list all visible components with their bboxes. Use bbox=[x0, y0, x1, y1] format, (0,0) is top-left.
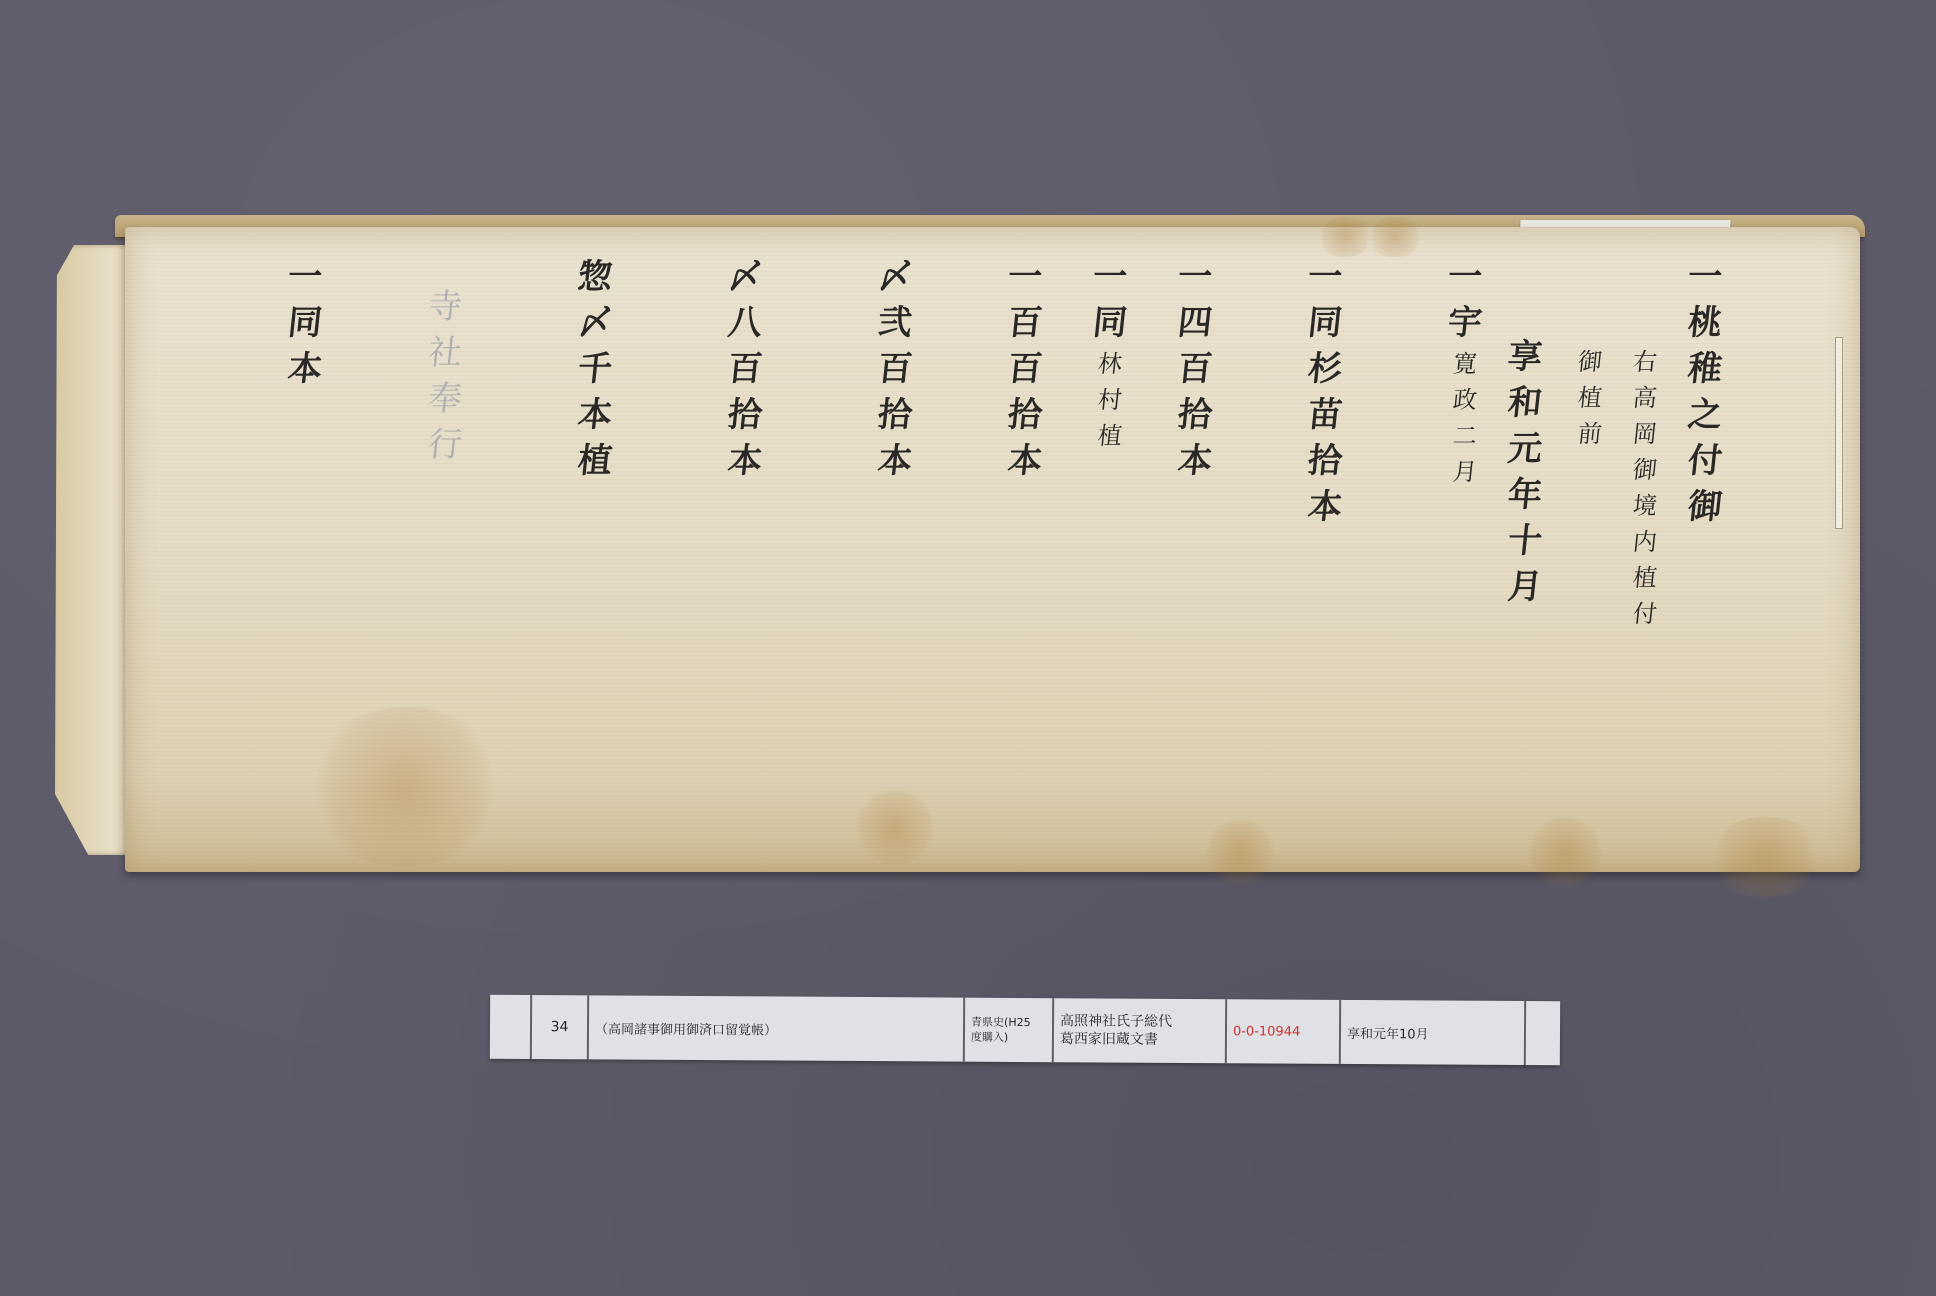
ink-glyph: 桃 bbox=[1686, 303, 1724, 343]
label-blank-cell bbox=[1526, 1001, 1560, 1065]
ink-glyph: 右 bbox=[1631, 347, 1658, 377]
handwriting-column: 一 同 本 bbox=[285, 257, 325, 389]
catalog-label: 34 （高岡諸事御用御済口留覚帳） 青県史(H25 度購入) 高照神社氏子総代 … bbox=[490, 995, 1560, 1066]
ink-glyph: 一 bbox=[1006, 257, 1044, 297]
ink-glyph: 奉 bbox=[426, 379, 464, 419]
label-collection-line2: 葛西家旧蔵文書 bbox=[1060, 1030, 1158, 1049]
manuscript-page: 一 桃 稚 之 付 御 右 高 岡 御 境 内 植 付 御 植 前 享 和 元 … bbox=[125, 227, 1860, 872]
ink-glyph: 同 bbox=[286, 303, 324, 343]
ink-glyph: 弐 bbox=[876, 303, 914, 343]
ink-glyph: 本 bbox=[286, 349, 324, 389]
ink-glyph: 和 bbox=[1506, 383, 1544, 423]
ink-glyph: 元 bbox=[1506, 429, 1544, 469]
ink-glyph: 植 bbox=[1576, 383, 1603, 413]
ink-glyph: 植 bbox=[1631, 563, 1658, 593]
water-stain bbox=[1205, 817, 1275, 887]
ink-glyph: 一 bbox=[1091, 257, 1129, 297]
water-stain bbox=[855, 787, 935, 867]
ink-glyph: 付 bbox=[1631, 599, 1658, 629]
ink-glyph: 境 bbox=[1631, 491, 1658, 521]
ink-glyph: 一 bbox=[1446, 257, 1484, 297]
label-collection-line1: 高照神社氏子総代 bbox=[1060, 1012, 1172, 1031]
ink-glyph: 行 bbox=[426, 425, 464, 465]
ink-glyph: 享 bbox=[1506, 337, 1544, 377]
binding-slot bbox=[1835, 337, 1843, 529]
ink-glyph: 〆 bbox=[576, 303, 614, 343]
ink-glyph: 同 bbox=[1091, 303, 1129, 343]
ink-glyph: 寛 bbox=[1451, 349, 1478, 379]
label-catalog-id: 0-0-10944 bbox=[1227, 999, 1341, 1064]
ink-glyph: 拾 bbox=[1176, 395, 1214, 435]
ink-glyph: 四 bbox=[1176, 303, 1214, 343]
ink-glyph: 年 bbox=[1506, 475, 1544, 515]
ink-glyph: 苗 bbox=[1306, 395, 1344, 435]
ink-glyph: 月 bbox=[1506, 567, 1544, 607]
ink-glyph: 一 bbox=[1176, 257, 1214, 297]
ink-glyph: 月 bbox=[1451, 457, 1478, 487]
ink-glyph: 二 bbox=[1451, 421, 1478, 451]
ink-glyph: 本 bbox=[876, 441, 914, 481]
ink-glyph: 付 bbox=[1686, 441, 1724, 481]
label-source: 青県史(H25 度購入) bbox=[965, 998, 1054, 1063]
ink-glyph: 百 bbox=[1006, 349, 1044, 389]
handwriting-column: 一 百 百 拾 本 bbox=[1005, 257, 1045, 481]
handwriting-column: 〆 弐 百 拾 本 bbox=[875, 257, 915, 481]
ink-glyph: 寺 bbox=[426, 287, 464, 327]
ink-glyph: 同 bbox=[1306, 303, 1344, 343]
handwriting-column: 一 四 百 拾 本 bbox=[1175, 257, 1215, 481]
ink-glyph: 御 bbox=[1576, 347, 1603, 377]
ink-glyph: 拾 bbox=[1006, 395, 1044, 435]
ink-glyph: 御 bbox=[1631, 455, 1658, 485]
handwriting-column: 一 同 杉 苗 拾 本 bbox=[1305, 257, 1345, 527]
ink-glyph: 拾 bbox=[876, 395, 914, 435]
water-stain bbox=[305, 707, 505, 867]
ink-glyph: 千 bbox=[576, 349, 614, 389]
ink-glyph: 本 bbox=[1306, 487, 1344, 527]
ink-glyph: 百 bbox=[876, 349, 914, 389]
ink-glyph: 惣 bbox=[576, 257, 614, 297]
ink-glyph: 内 bbox=[1631, 527, 1658, 557]
ink-glyph: 本 bbox=[726, 441, 764, 481]
label-date: 享和元年10月 bbox=[1341, 1000, 1526, 1065]
ink-glyph: 稚 bbox=[1686, 349, 1724, 389]
ink-glyph: 一 bbox=[1686, 257, 1724, 297]
ink-glyph: 植 bbox=[576, 441, 614, 481]
water-stain bbox=[1525, 817, 1605, 887]
handwriting-column: 一 宇 寛 政 二 月 bbox=[1445, 257, 1485, 487]
label-collection: 高照神社氏子総代 葛西家旧蔵文書 bbox=[1054, 998, 1227, 1063]
ink-glyph: 宇 bbox=[1446, 303, 1484, 343]
ink-glyph: 村 bbox=[1096, 385, 1123, 415]
ink-glyph: 〆 bbox=[726, 257, 764, 297]
ink-glyph: 本 bbox=[1176, 441, 1214, 481]
ink-glyph: 政 bbox=[1451, 385, 1478, 415]
water-stain bbox=[1365, 217, 1425, 257]
ink-glyph: 百 bbox=[726, 349, 764, 389]
handwriting-column: 一 桃 稚 之 付 御 bbox=[1685, 257, 1725, 527]
ink-glyph: 岡 bbox=[1631, 419, 1658, 449]
handwriting-column: 右 高 岡 御 境 内 植 付 bbox=[1625, 347, 1665, 629]
manuscript-document: 一 桃 稚 之 付 御 右 高 岡 御 境 内 植 付 御 植 前 享 和 元 … bbox=[55, 215, 1865, 875]
ink-glyph: 百 bbox=[1176, 349, 1214, 389]
ink-glyph: 拾 bbox=[726, 395, 764, 435]
faded-handwriting-column: 寺 社 奉 行 bbox=[425, 287, 465, 465]
ink-glyph: 御 bbox=[1686, 487, 1724, 527]
label-source-line1: 青県史(H25 bbox=[971, 1015, 1031, 1030]
ink-glyph: 植 bbox=[1096, 421, 1123, 451]
handwriting-column: 〆 八 百 拾 本 bbox=[725, 257, 765, 481]
ink-glyph: 一 bbox=[286, 257, 324, 297]
ink-glyph: 〆 bbox=[876, 257, 914, 297]
handwriting-column: 御 植 前 bbox=[1570, 347, 1610, 449]
label-document-title: （高岡諸事御用御済口留覚帳） bbox=[589, 995, 965, 1061]
label-source-line2: 度購入) bbox=[971, 1030, 1008, 1045]
handwriting-column: 一 同 林 村 植 bbox=[1090, 257, 1130, 451]
water-stain bbox=[1705, 817, 1825, 897]
ink-glyph: 高 bbox=[1631, 383, 1658, 413]
ink-glyph: 十 bbox=[1506, 521, 1544, 561]
ink-glyph: 八 bbox=[726, 303, 764, 343]
ink-glyph: 杉 bbox=[1306, 349, 1344, 389]
ink-glyph: 拾 bbox=[1306, 441, 1344, 481]
handwriting-column: 享 和 元 年 十 月 bbox=[1505, 337, 1545, 607]
ink-glyph: 社 bbox=[426, 333, 464, 373]
ink-glyph: 前 bbox=[1576, 419, 1603, 449]
ink-glyph: 本 bbox=[576, 395, 614, 435]
label-blank-cell bbox=[490, 995, 532, 1059]
ink-glyph: 本 bbox=[1006, 441, 1044, 481]
ink-glyph: 一 bbox=[1306, 257, 1344, 297]
ink-glyph: 百 bbox=[1006, 303, 1044, 343]
handwriting-column: 惣 〆 千 本 植 bbox=[575, 257, 615, 481]
ink-glyph: 林 bbox=[1096, 349, 1123, 379]
label-item-number: 34 bbox=[532, 995, 589, 1059]
ink-glyph: 之 bbox=[1686, 395, 1724, 435]
